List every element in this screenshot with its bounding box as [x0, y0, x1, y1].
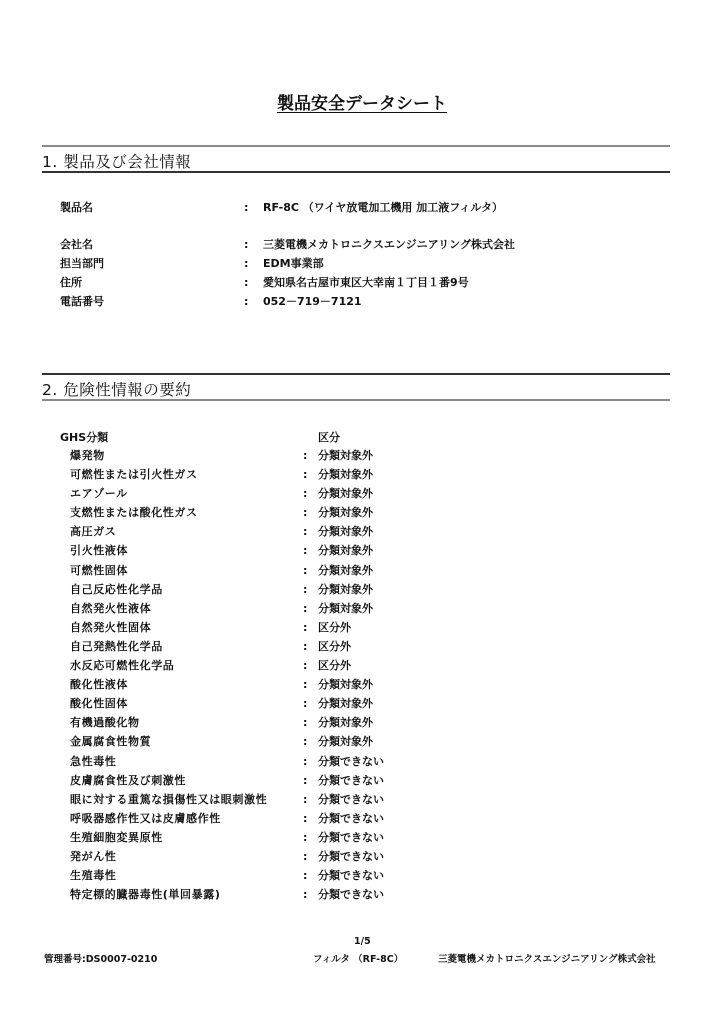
- hazard-category-value: 分類対象外: [318, 524, 373, 540]
- ghs-row: 自然発火性固体:区分外: [70, 620, 470, 639]
- field-label: 担当部門: [60, 256, 104, 272]
- hazard-class-label: 眼に対する重篤な損傷性又は眼刺激性: [70, 792, 267, 808]
- separator: :: [303, 849, 307, 865]
- ghs-row: 自然発火性液体:分類対象外: [70, 601, 470, 620]
- hazard-class-label: 可燃性固体: [70, 563, 128, 579]
- field-label: 住所: [60, 275, 82, 291]
- hazard-category-value: 分類対象外: [318, 677, 373, 693]
- ghs-row: 酸化性固体:分類対象外: [70, 696, 470, 715]
- hazard-category-value: 区分外: [318, 639, 351, 655]
- separator: :: [303, 563, 307, 579]
- separator: :: [244, 256, 248, 272]
- field-value: EDM事業部: [263, 256, 324, 272]
- hazard-category-value: 分類対象外: [318, 696, 373, 712]
- separator: :: [303, 524, 307, 540]
- ghs-row: 生殖細胞変異原性:分類できない: [70, 830, 470, 849]
- separator: :: [303, 467, 307, 483]
- hazard-category-value: 分類対象外: [318, 734, 373, 750]
- hazard-class-label: 有機過酸化物: [70, 715, 140, 731]
- separator: :: [303, 448, 307, 464]
- footer-company: 三菱電機メカトロニクスエンジニアリング株式会社: [438, 951, 656, 965]
- ghs-row: 可燃性または引火性ガス:分類対象外: [70, 467, 470, 486]
- hazard-class-label: 急性毒性: [70, 754, 116, 770]
- hazard-category-value: 区分外: [318, 620, 351, 636]
- hazard-category-value: 分類対象外: [318, 486, 373, 502]
- footer-product: フィルタ （RF-8C）: [313, 951, 403, 965]
- hazard-class-label: 自然発火性液体: [70, 601, 151, 617]
- separator: :: [244, 275, 248, 291]
- separator: :: [303, 658, 307, 674]
- field-label: 製品名: [60, 200, 93, 216]
- divider: [42, 399, 670, 401]
- section-2-heading: 2. 危険性情報の要約: [42, 378, 191, 400]
- separator: :: [303, 677, 307, 693]
- ghs-row: 呼吸器感作性又は皮膚感作性:分類できない: [70, 811, 470, 830]
- hazard-category-value: 分類できない: [318, 773, 384, 789]
- divider: [42, 373, 670, 375]
- separator: :: [303, 754, 307, 770]
- hazard-category-value: 分類対象外: [318, 543, 373, 559]
- hazard-class-label: 酸化性固体: [70, 696, 128, 712]
- hazard-category-value: 分類対象外: [318, 448, 373, 464]
- separator: :: [244, 237, 248, 253]
- hazard-class-label: 発がん性: [70, 849, 116, 865]
- section-1-heading: 1. 製品及び会社情報: [42, 150, 191, 172]
- separator: :: [303, 639, 307, 655]
- hazard-class-label: 支燃性または酸化性ガス: [70, 505, 198, 521]
- separator: :: [303, 773, 307, 789]
- ghs-row: 発がん性:分類できない: [70, 849, 470, 868]
- hazard-category-value: 分類できない: [318, 849, 384, 865]
- separator: :: [303, 734, 307, 750]
- hazard-class-label: エアゾール: [70, 486, 128, 502]
- field-label: 電話番号: [60, 294, 104, 310]
- field-value: 三菱電機メカトロニクスエンジニアリング株式会社: [263, 237, 515, 253]
- ghs-classification-label: GHS分類: [60, 429, 108, 445]
- hazard-category-value: 分類対象外: [318, 467, 373, 483]
- page-number: 1/5: [354, 936, 371, 947]
- ghs-row: 可燃性固体:分類対象外: [70, 563, 470, 582]
- separator: :: [303, 696, 307, 712]
- separator: :: [244, 200, 248, 216]
- document-title: 製品安全データシート: [0, 89, 724, 114]
- hazard-class-label: 自己反応性化学品: [70, 582, 163, 598]
- section-1-header: 1. 製品及び会社情報: [42, 145, 670, 173]
- hazard-category-value: 分類できない: [318, 887, 384, 903]
- ghs-classification-list: 爆発物:分類対象外可燃性または引火性ガス:分類対象外エアゾール:分類対象外支燃性…: [70, 448, 470, 906]
- document-title-text: 製品安全データシート: [277, 94, 447, 114]
- hazard-category-value: 分類できない: [318, 792, 384, 808]
- separator: :: [303, 582, 307, 598]
- field-value: RF-8C （ワイヤ放電加工機用 加工液フィルタ）: [263, 200, 503, 216]
- ghs-row: 皮膚腐食性及び刺激性:分類できない: [70, 773, 470, 792]
- hazard-class-label: 酸化性液体: [70, 677, 128, 693]
- separator: :: [303, 811, 307, 827]
- ghs-row: 特定標的臓器毒性(単回暴露):分類できない: [70, 887, 470, 906]
- hazard-class-label: 可燃性または引火性ガス: [70, 467, 198, 483]
- section-2-header: 2. 危険性情報の要約: [42, 373, 670, 401]
- ghs-row: 爆発物:分類対象外: [70, 448, 470, 467]
- separator: :: [303, 601, 307, 617]
- management-number: 管理番号:DS0007-0210: [44, 951, 157, 965]
- separator: :: [303, 887, 307, 903]
- ghs-row: 有機過酸化物:分類対象外: [70, 715, 470, 734]
- separator: :: [303, 792, 307, 808]
- hazard-category-value: 分類できない: [318, 868, 384, 884]
- ghs-row: 自己発熱性化学品:区分外: [70, 639, 470, 658]
- ghs-row: 酸化性液体:分類対象外: [70, 677, 470, 696]
- ghs-header-row: GHS分類 区分: [60, 429, 460, 445]
- field-value: 052－719－7121: [263, 294, 362, 310]
- hazard-class-label: 生殖毒性: [70, 868, 116, 884]
- ghs-row: 支燃性または酸化性ガス:分類対象外: [70, 505, 470, 524]
- hazard-class-label: 水反応可燃性化学品: [70, 658, 174, 674]
- ghs-row: 急性毒性:分類できない: [70, 754, 470, 773]
- hazard-class-label: 自然発火性固体: [70, 620, 151, 636]
- hazard-category-value: 分類できない: [318, 811, 384, 827]
- separator: :: [303, 868, 307, 884]
- hazard-category-value: 分類対象外: [318, 505, 373, 521]
- separator: :: [303, 505, 307, 521]
- separator: :: [244, 294, 248, 310]
- separator: :: [303, 830, 307, 846]
- separator: :: [303, 543, 307, 559]
- field-label: 会社名: [60, 237, 93, 253]
- hazard-category-value: 区分外: [318, 658, 351, 674]
- hazard-class-label: 生殖細胞変異原性: [70, 830, 163, 846]
- hazard-class-label: 呼吸器感作性又は皮膚感作性: [70, 811, 221, 827]
- ghs-row: 自己反応性化学品:分類対象外: [70, 582, 470, 601]
- hazard-category-value: 分類対象外: [318, 582, 373, 598]
- ghs-row: 高圧ガス:分類対象外: [70, 524, 470, 543]
- hazard-class-label: 引火性液体: [70, 543, 128, 559]
- hazard-category-value: 分類できない: [318, 830, 384, 846]
- hazard-class-label: 爆発物: [70, 448, 105, 464]
- divider: [42, 145, 670, 147]
- hazard-category-value: 分類できない: [318, 754, 384, 770]
- hazard-class-label: 皮膚腐食性及び刺激性: [70, 773, 186, 789]
- hazard-category-value: 分類対象外: [318, 601, 373, 617]
- ghs-row: 引火性液体:分類対象外: [70, 543, 470, 562]
- ghs-row: 金属腐食性物質:分類対象外: [70, 734, 470, 753]
- separator: :: [303, 620, 307, 636]
- ghs-row: 水反応可燃性化学品:区分外: [70, 658, 470, 677]
- separator: :: [303, 715, 307, 731]
- hazard-class-label: 特定標的臓器毒性(単回暴露): [70, 887, 220, 903]
- hazard-category-value: 分類対象外: [318, 715, 373, 731]
- category-column-label: 区分: [318, 429, 340, 445]
- hazard-class-label: 高圧ガス: [70, 524, 116, 540]
- hazard-class-label: 金属腐食性物質: [70, 734, 151, 750]
- field-value: 愛知県名古屋市東区大幸南１丁目１番9号: [263, 275, 469, 291]
- separator: :: [303, 486, 307, 502]
- divider: [42, 171, 670, 173]
- ghs-row: 眼に対する重篤な損傷性又は眼刺激性:分類できない: [70, 792, 470, 811]
- hazard-class-label: 自己発熱性化学品: [70, 639, 163, 655]
- hazard-category-value: 分類対象外: [318, 563, 373, 579]
- ghs-row: エアゾール:分類対象外: [70, 486, 470, 505]
- ghs-row: 生殖毒性:分類できない: [70, 868, 470, 887]
